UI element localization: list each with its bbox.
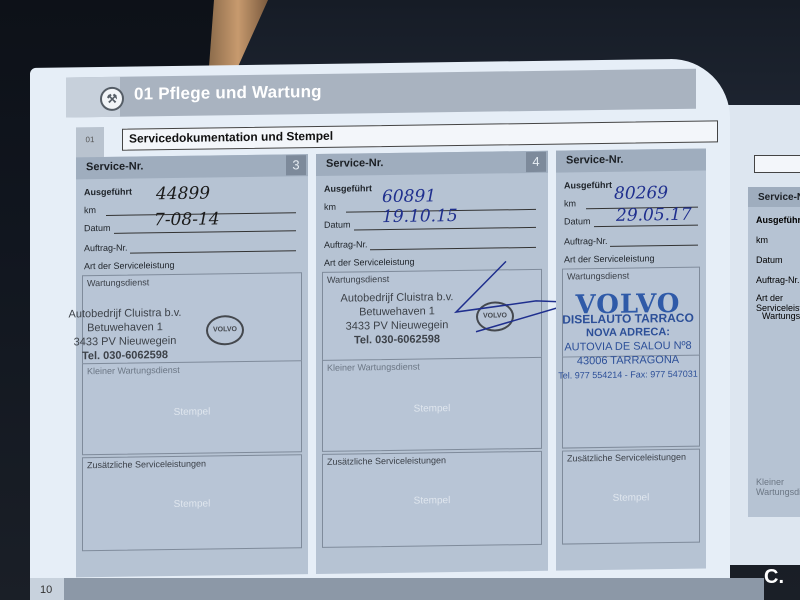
maintenance-label: Wartungsdienst [567, 271, 629, 282]
stamp-placeholder: Stempel [323, 402, 541, 416]
service-card-5: Service-Nr. Ausgeführt km 80269 Datum 29… [556, 149, 706, 571]
stamp-placeholder: Stempel [83, 497, 301, 511]
card-header: Service-Nr. 4 [316, 151, 548, 176]
service-card-3: Service-Nr. 3 Ausgeführt km 44899 Datum … [76, 154, 308, 577]
performed-label: Ausgeführt [84, 187, 132, 198]
order-no-label: Auftrag-Nr. [84, 243, 128, 254]
performed-label: Ausgeführt [324, 183, 372, 194]
performed-label: Ausgeführt [564, 180, 612, 191]
additional-services-box: Zusätzliche Serviceleistungen Stempel [322, 451, 542, 548]
km-value: 60891 [382, 186, 436, 207]
date-label: Datum [84, 223, 111, 233]
next-page-maintenance-label: Wartungsdienst [762, 311, 800, 321]
next-page-km-label: km [756, 235, 768, 245]
additional-services-label: Zusätzliche Serviceleistungen [327, 455, 446, 467]
date-value: 29.05.17 [616, 205, 692, 226]
page-footer-band [64, 578, 764, 600]
service-nr-label: Service-Nr. [326, 157, 383, 170]
service-type-label: Art der Serviceleistung [324, 257, 415, 268]
stamp-line: Autobedrijf Cluistra b.v. [50, 306, 200, 322]
km-value: 80269 [614, 183, 668, 204]
additional-services-label: Zusätzliche Serviceleistungen [87, 459, 206, 471]
stamp-placeholder: Stempel [83, 405, 301, 419]
additional-services-box: Zusätzliche Serviceleistungen Stempel [562, 449, 700, 545]
service-booklet-page: ⚒ 01 Pflege und Wartung 01 Servicedokume… [30, 58, 730, 598]
dealer-stamp: Autobedrijf Cluistra b.v. Betuwehaven 1 … [50, 306, 200, 364]
watermark: C. [764, 566, 784, 589]
km-label: km [324, 202, 336, 212]
card-header: Service-Nr. [556, 149, 706, 173]
service-nr-label: Service-Nr. [86, 160, 143, 173]
maintenance-label: Wartungsdienst [87, 277, 149, 288]
stamp-placeholder: Stempel [323, 494, 541, 508]
small-maintenance-label: Kleiner Wartungsdienst [327, 362, 420, 373]
next-page-service-label: Service-Nr. [758, 192, 800, 203]
service-nr-label: Service-Nr. [566, 154, 623, 167]
date-label: Datum [564, 216, 591, 226]
additional-services-label: Zusätzliche Serviceleistungen [567, 452, 686, 464]
next-page-type-label: Art der Serviceleistung [756, 293, 800, 313]
date-value: 7-08-14 [154, 209, 220, 230]
km-value: 44899 [156, 183, 210, 204]
service-type-label: Art der Serviceleistung [84, 260, 175, 271]
card-header: Service-Nr. 3 [76, 154, 308, 179]
dealer-stamp: VOLVO DISELAUTO TARRACO NOVA ADRECA: AUT… [548, 297, 708, 383]
additional-services-box: Zusätzliche Serviceleistungen Stempel [82, 454, 302, 551]
stamp-line: DISELAUTO TARRACO [548, 311, 708, 327]
next-page-edge: Service-Nr. Ausgeführt km Datum Auftrag-… [728, 105, 800, 565]
km-label: km [564, 198, 576, 208]
stamp-line: Tel. 030-6062598 [50, 348, 200, 364]
next-page-performed-label: Ausgeführt [756, 215, 800, 225]
chapter-title: 01 Pflege und Wartung [134, 82, 322, 105]
stamp-line: AUTOVIA DE SALOU Nº8 [548, 339, 708, 355]
order-no-label: Auftrag-Nr. [564, 236, 608, 247]
stamp-placeholder: Stempel [563, 492, 699, 505]
date-label: Datum [324, 220, 351, 230]
maintenance-label: Wartungsdienst [327, 274, 389, 285]
date-value: 19.10.15 [382, 206, 458, 227]
next-page-small-maintenance-label: Kleiner Wartungsdienst [756, 477, 800, 497]
next-page-date-label: Datum [756, 255, 783, 265]
service-number: 3 [286, 155, 306, 175]
km-label: km [84, 205, 96, 215]
service-type-label: Art der Serviceleistung [564, 253, 655, 264]
section-title: Servicedokumentation und Stempel [129, 129, 333, 146]
small-maintenance-label: Kleiner Wartungsdienst [87, 365, 180, 376]
next-page-order-label: Auftrag-Nr. [756, 275, 800, 285]
section-header: Servicedokumentation und Stempel [122, 120, 718, 150]
order-no-label: Auftrag-Nr. [324, 239, 368, 250]
service-number: 4 [526, 152, 546, 172]
stamp-line: Tel. 977 554214 - Fax: 977 547031 [548, 367, 708, 383]
service-card-4: Service-Nr. 4 Ausgeführt km 60891 Datum … [316, 151, 548, 574]
page-number: 10 [40, 584, 52, 596]
small-maintenance-box: Kleiner Wartungsdienst Stempel [82, 360, 302, 455]
